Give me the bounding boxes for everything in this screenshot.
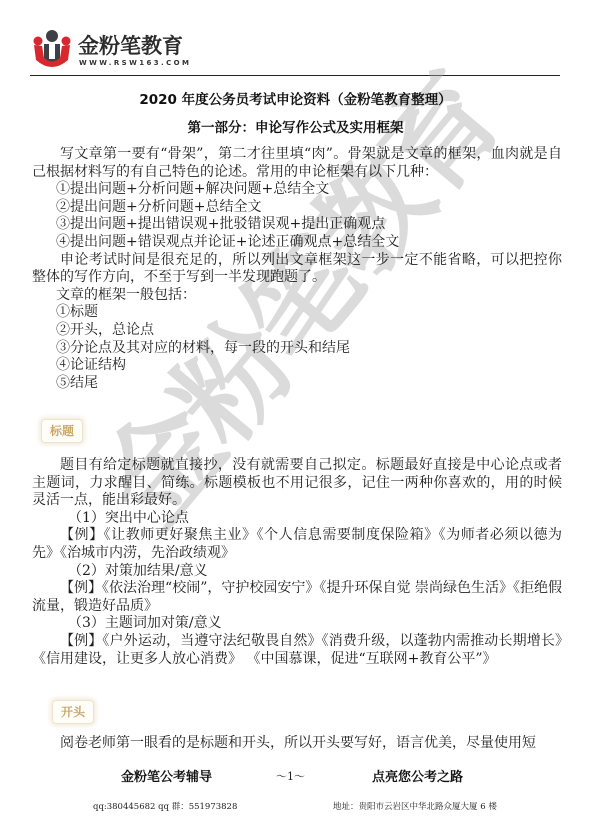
section-title: 第一部分：申论写作公式及实用框架 xyxy=(0,116,591,136)
intro-paragraph: 写文章第一要有“骨架”，第二才往里填“肉”。骨架就是文章的框架，血肉就是自己根据… xyxy=(32,146,562,181)
header-divider xyxy=(30,75,560,76)
title-section: 题目有给定标题就直接抄，没有就需要自己拟定。标题最好直接是中心论点或者主题词，力… xyxy=(32,457,562,668)
structure-intro: 文章的框架一般包括： xyxy=(32,287,562,305)
opening-paragraph: 阅卷老师第一眼看的是标题和开头，所以开头要写好，语言优美，尽量使用短 xyxy=(32,735,562,753)
framework-item: ①提出问题+分析问题+解决问题+总结全文 xyxy=(32,181,562,199)
framework-item: ④提出问题+错误观点并论证+论述正确观点+总结全文 xyxy=(32,234,562,252)
footer-contact: qq:380445682 qq 群：551973828 xyxy=(93,800,237,812)
document-title: 2020 年度公务员考试申论资料（金粉笔教育整理） xyxy=(0,88,591,108)
structure-item: ④论证结构 xyxy=(32,357,562,375)
time-paragraph: 申论考试时间是很充足的，所以列出文章框架这一步一定不能省略，可以把控你整体的写作… xyxy=(32,252,562,287)
page-number: ～1～ xyxy=(276,768,305,784)
footer-slogan-right: 点亮您公考之路 xyxy=(372,766,463,785)
brand-name: 金粉笔教育 xyxy=(78,34,183,58)
title-type-example: 【例】《依法治理“校闹”，守护校园安宁》《提升环保自觉 崇尚绿色生活》《拒绝假流… xyxy=(32,580,562,615)
structure-item: ⑤结尾 xyxy=(32,375,562,393)
structure-item: ③分论点及其对应的材料，每一段的开头和结尾 xyxy=(32,340,562,358)
title-type-heading: （1）突出中心论点 xyxy=(32,510,562,528)
opening-section: 阅卷老师第一眼看的是标题和开头，所以开头要写好，语言优美，尽量使用短 xyxy=(32,735,562,753)
title-type-heading: （3）主题词加对策/意义 xyxy=(32,615,562,633)
framework-section: 写文章第一要有“骨架”，第二才往里填“肉”。骨架就是文章的框架，血肉就是自己根据… xyxy=(32,146,562,392)
structure-item: ②开头，总论点 xyxy=(32,322,562,340)
mascot-shield-logo-icon xyxy=(30,28,74,72)
framework-item: ③提出问题+提出错误观+批驳错误观+提出正确观点 xyxy=(32,216,562,234)
framework-item: ②提出问题+分析问题+总结全文 xyxy=(32,199,562,217)
page-header: 金粉笔教育 WWW.RSW163.COM xyxy=(30,28,560,76)
tag-title: 标题 xyxy=(41,419,83,443)
title-type-example: 【例】《户外运动，当遵守法纪敬畏自然》《消费升级，以蓬勃内需推动长期增长》《信用… xyxy=(32,633,562,668)
title-paragraph: 题目有给定标题就直接抄，没有就需要自己拟定。标题最好直接是中心论点或者主题词，力… xyxy=(32,457,562,510)
footer-slogan-left: 金粉笔公考辅导 xyxy=(121,766,212,785)
tag-opening: 开头 xyxy=(52,700,94,724)
footer-address: 地址：贵阳市云岩区中华北路众厦大厦 6 楼 xyxy=(333,800,497,812)
title-type-heading: （2）对策加结果/意义 xyxy=(32,563,562,581)
brand-url: WWW.RSW163.COM xyxy=(79,59,191,68)
structure-item: ①标题 xyxy=(32,304,562,322)
title-type-example: 【例】《让教师更好聚焦主业》《个人信息需要制度保险箱》《为师者必须以德为先》《治… xyxy=(32,527,562,562)
